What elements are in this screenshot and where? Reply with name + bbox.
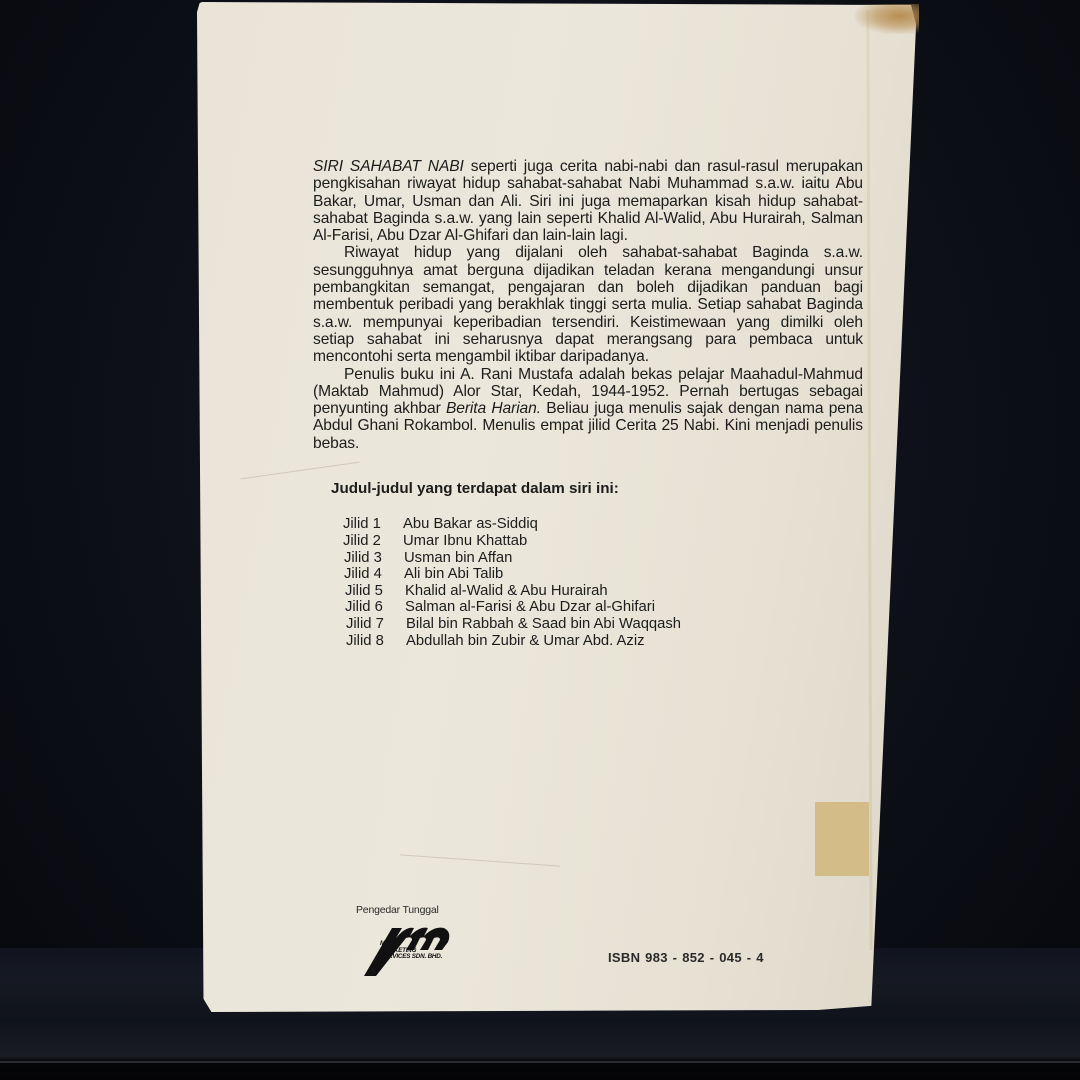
distributor-block: Pengedar Tunggal MAHIR MARKETING SERVICE… xyxy=(356,904,486,978)
volume-item: Jilid 7Bilal bin Rabbah & Saad bin Abi W… xyxy=(346,616,863,633)
corner-stain xyxy=(855,4,919,34)
series-name: SIRI SAHABAT NABI xyxy=(313,158,464,175)
logo-line: SERVICES SDN. BHD. xyxy=(380,954,442,961)
logo-text: MAHIR MARKETING SERVICES SDN. BHD. xyxy=(380,941,442,961)
volume-label: Jilid 6 xyxy=(345,599,405,616)
volume-title: Ali bin Abi Talib xyxy=(404,566,503,583)
volume-title: Khalid al-Walid & Abu Hurairah xyxy=(405,583,608,600)
shelf-edge xyxy=(0,1061,1080,1063)
intro-paragraph: SIRI SAHABAT NABI seperti juga cerita na… xyxy=(313,158,863,244)
mms-logo-icon: MAHIR MARKETING SERVICES SDN. BHD. xyxy=(362,920,452,978)
volume-title: Salman al-Farisi & Abu Dzar al-Ghifari xyxy=(405,599,655,616)
tape-sticker xyxy=(815,802,869,876)
volume-title: Usman bin Affan xyxy=(404,550,512,567)
volume-item: Jilid 2Umar Ibnu Khattab xyxy=(343,533,863,550)
volume-label: Jilid 1 xyxy=(343,516,403,533)
volume-title: Abdullah bin Zubir & Umar Abd. Aziz xyxy=(406,633,645,650)
volume-title: Umar Ibnu Khattab xyxy=(403,533,527,550)
volume-item: Jilid 5Khalid al-Walid & Abu Hurairah xyxy=(345,583,863,600)
volume-label: Jilid 5 xyxy=(345,583,405,600)
blurb: SIRI SAHABAT NABI seperti juga cerita na… xyxy=(313,158,863,649)
volume-label: Jilid 8 xyxy=(346,633,406,650)
volume-list: Jilid 1Abu Bakar as-Siddiq Jilid 2Umar I… xyxy=(313,516,863,649)
volume-label: Jilid 4 xyxy=(344,566,404,583)
volume-item: Jilid 8Abdullah bin Zubir & Umar Abd. Az… xyxy=(346,633,863,650)
paragraph-2: Riwayat hidup yang dijalani oleh sahabat… xyxy=(313,244,863,365)
volume-item: Jilid 4Ali bin Abi Talib xyxy=(344,566,863,583)
volume-label: Jilid 3 xyxy=(344,550,404,567)
volume-item: Jilid 1Abu Bakar as-Siddiq xyxy=(343,516,863,533)
newspaper-name: Berita Harian. xyxy=(446,400,541,417)
isbn: ISBN 983 - 852 - 045 - 4 xyxy=(608,950,764,965)
photo-scene: SIRI SAHABAT NABI seperti juga cerita na… xyxy=(0,0,1080,1080)
distributor-label: Pengedar Tunggal xyxy=(356,904,486,916)
volume-item: Jilid 3Usman bin Affan xyxy=(344,550,863,567)
volume-title: Abu Bakar as-Siddiq xyxy=(403,516,538,533)
author-bio: Penulis buku ini A. Rani Mustafa adalah … xyxy=(313,366,863,452)
volume-label: Jilid 7 xyxy=(346,616,406,633)
volume-label: Jilid 2 xyxy=(343,533,403,550)
volumes-heading: Judul-judul yang terdapat dalam siri ini… xyxy=(313,480,863,497)
volume-title: Bilal bin Rabbah & Saad bin Abi Waqqash xyxy=(406,616,681,633)
volume-item: Jilid 6Salman al-Farisi & Abu Dzar al-Gh… xyxy=(345,599,863,616)
